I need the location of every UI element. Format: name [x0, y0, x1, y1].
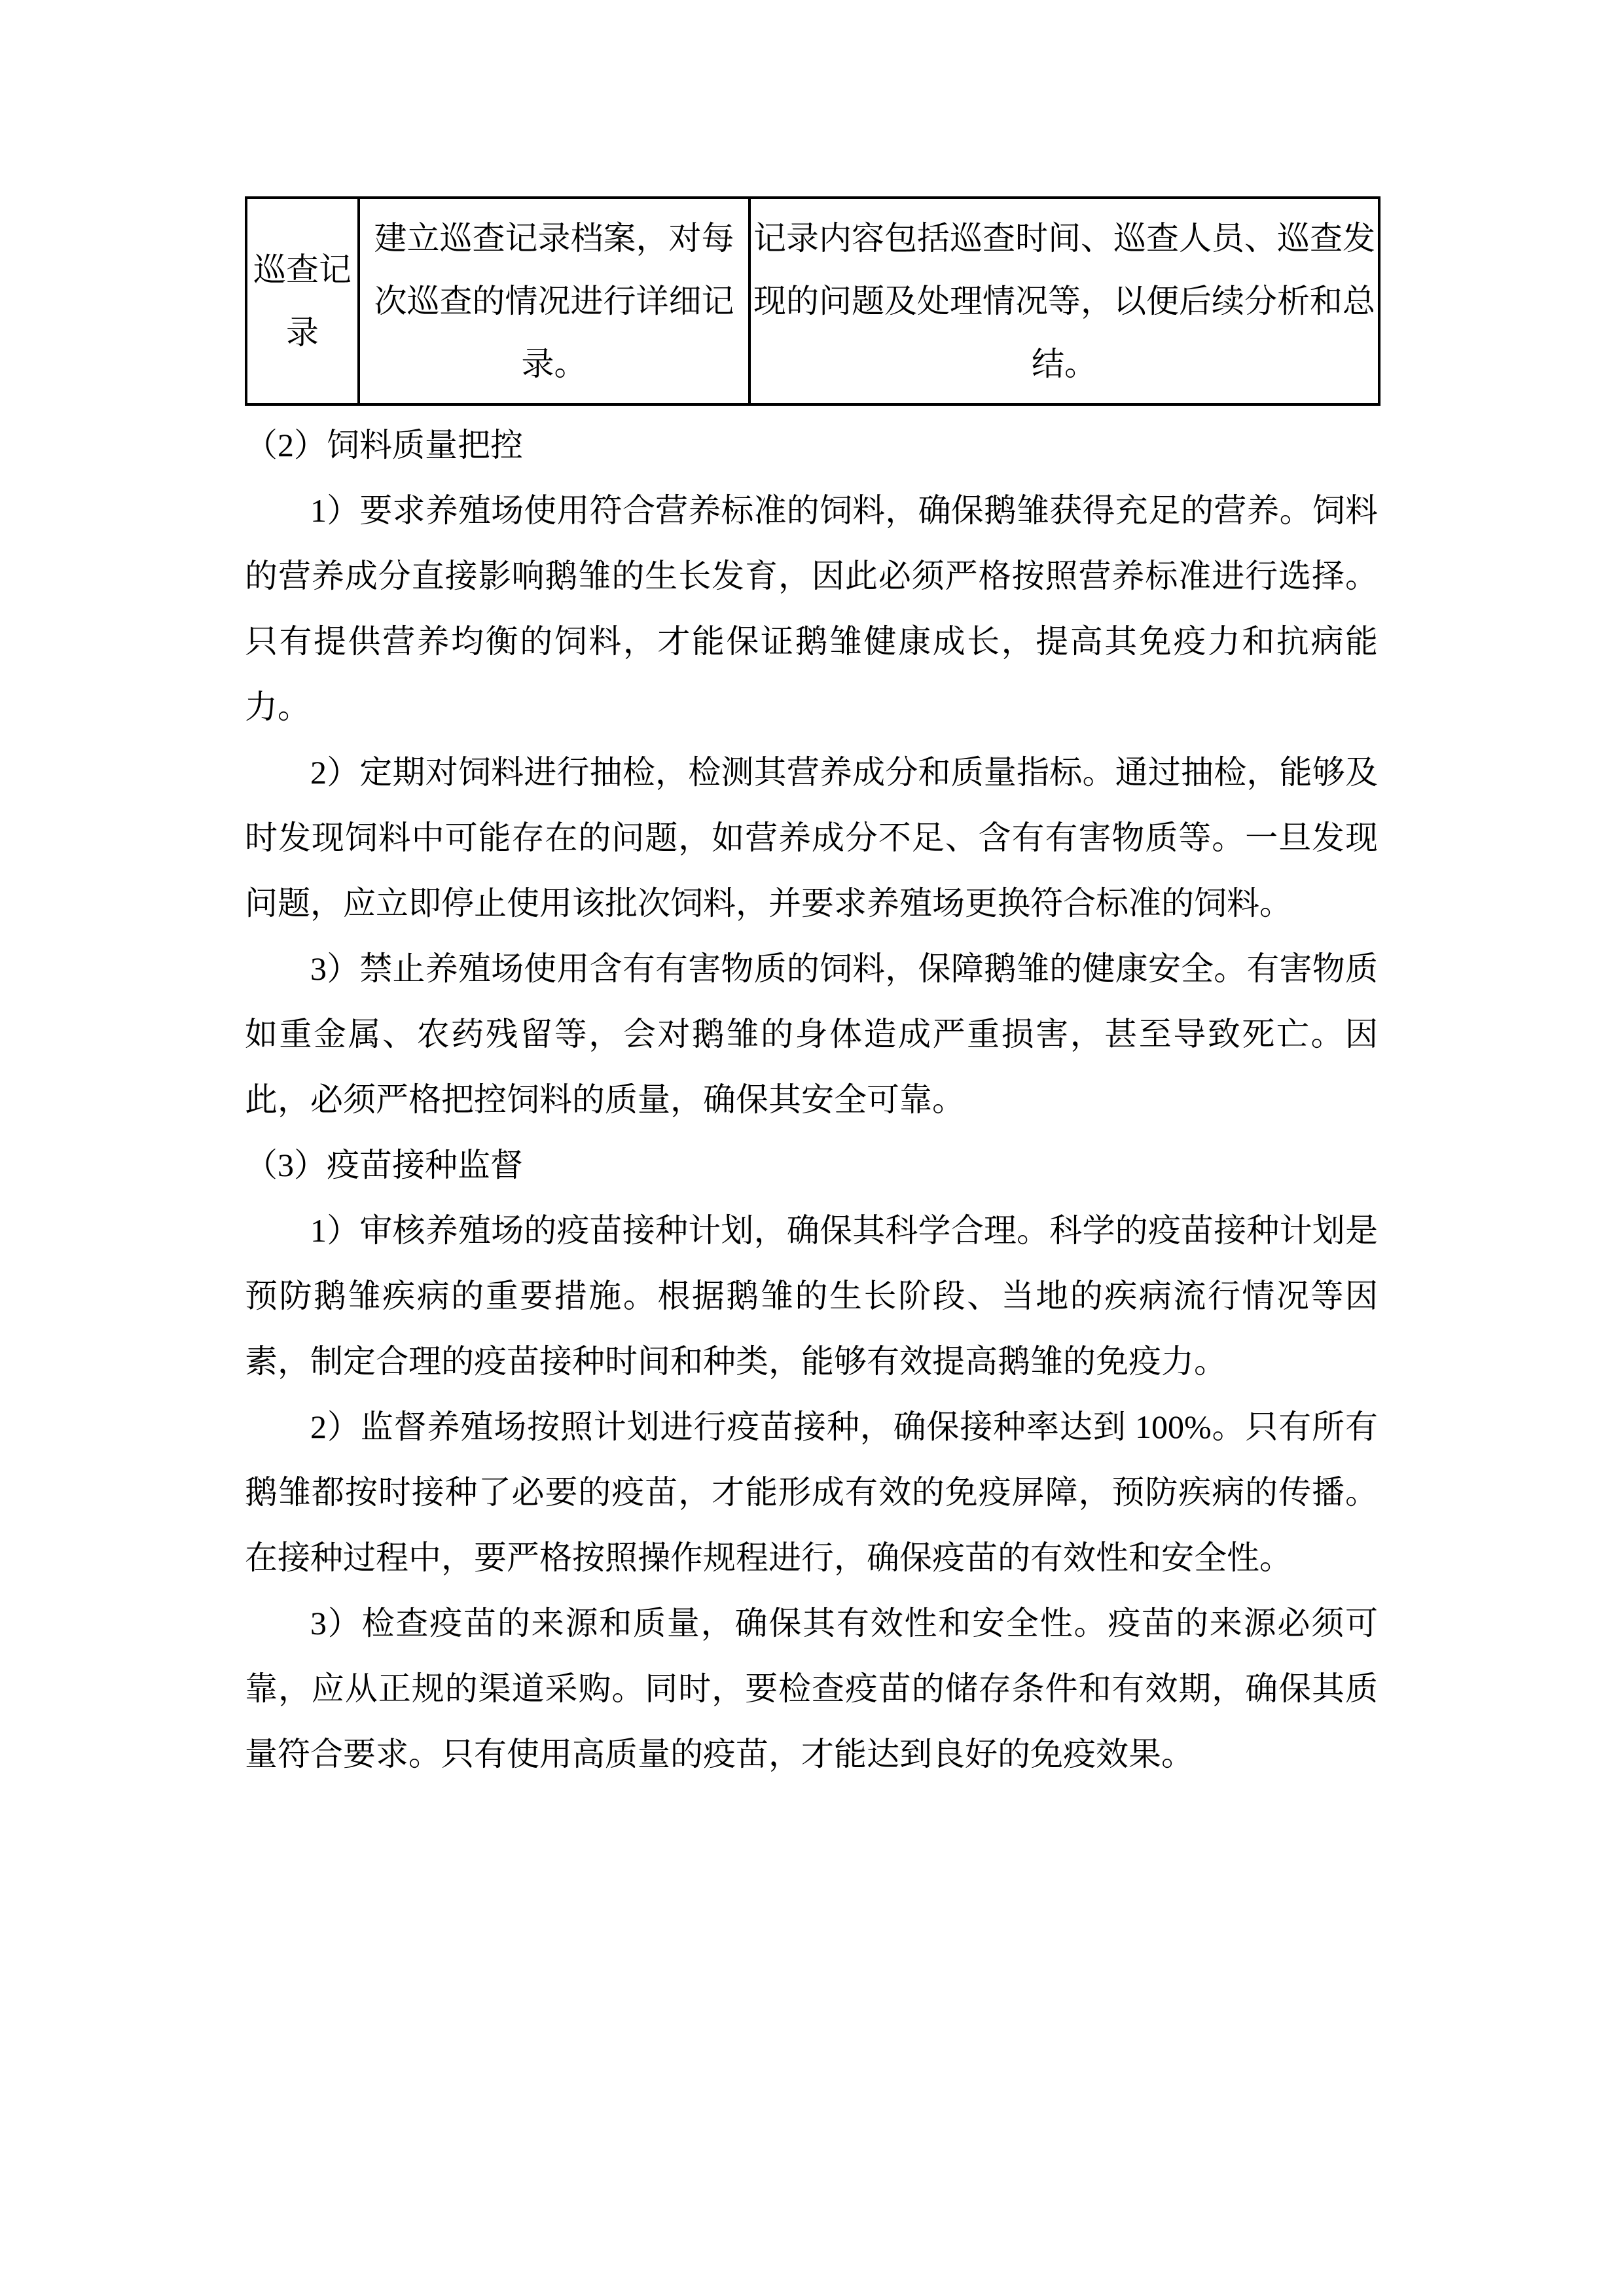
document-page: 巡查记录 建立巡查记录档案，对每次巡查的情况进行详细记录。 记录内容包括巡查时间… [0, 0, 1624, 2296]
section-heading-vaccination: （3）疫苗接种监督 [245, 1132, 1378, 1198]
document-body: （2）饲料质量把控 1）要求养殖场使用符合营养标准的饲料，确保鹅雏获得充足的营养… [245, 412, 1378, 1787]
paragraph-vaccine-2: 2）监督养殖场按照计划进行疫苗接种，确保接种率达到 100%。只有所有鹅雏都按时… [245, 1394, 1378, 1590]
table-cell-row-label: 巡查记录 [246, 198, 359, 404]
paragraph-feed-3: 3）禁止养殖场使用含有有害物质的饲料，保障鹅雏的健康安全。有害物质如重金属、农药… [245, 936, 1378, 1132]
section-feed-quality: （2）饲料质量把控 1）要求养殖场使用符合营养标准的饲料，确保鹅雏获得充足的营养… [245, 412, 1378, 1132]
paragraph-feed-1: 1）要求养殖场使用符合营养标准的饲料，确保鹅雏获得充足的营养。饲料的营养成分直接… [245, 478, 1378, 740]
patrol-record-table: 巡查记录 建立巡查记录档案，对每次巡查的情况进行详细记录。 记录内容包括巡查时间… [245, 196, 1380, 406]
table-cell-measure: 建立巡查记录档案，对每次巡查的情况进行详细记录。 [359, 198, 749, 404]
paragraph-vaccine-3: 3）检查疫苗的来源和质量，确保其有效性和安全性。疫苗的来源必须可靠，应从正规的渠… [245, 1590, 1378, 1787]
section-vaccination: （3）疫苗接种监督 1）审核养殖场的疫苗接种计划，确保其科学合理。科学的疫苗接种… [245, 1132, 1378, 1787]
paragraph-vaccine-1: 1）审核养殖场的疫苗接种计划，确保其科学合理。科学的疫苗接种计划是预防鹅雏疾病的… [245, 1198, 1378, 1394]
table-row: 巡查记录 建立巡查记录档案，对每次巡查的情况进行详细记录。 记录内容包括巡查时间… [246, 198, 1379, 404]
paragraph-feed-2: 2）定期对饲料进行抽检，检测其营养成分和质量指标。通过抽检，能够及时发现饲料中可… [245, 740, 1378, 936]
section-heading-feed-quality: （2）饲料质量把控 [245, 412, 1378, 478]
table-cell-record-content: 记录内容包括巡查时间、巡查人员、巡查发现的问题及处理情况等，以便后续分析和总结。 [749, 198, 1379, 404]
